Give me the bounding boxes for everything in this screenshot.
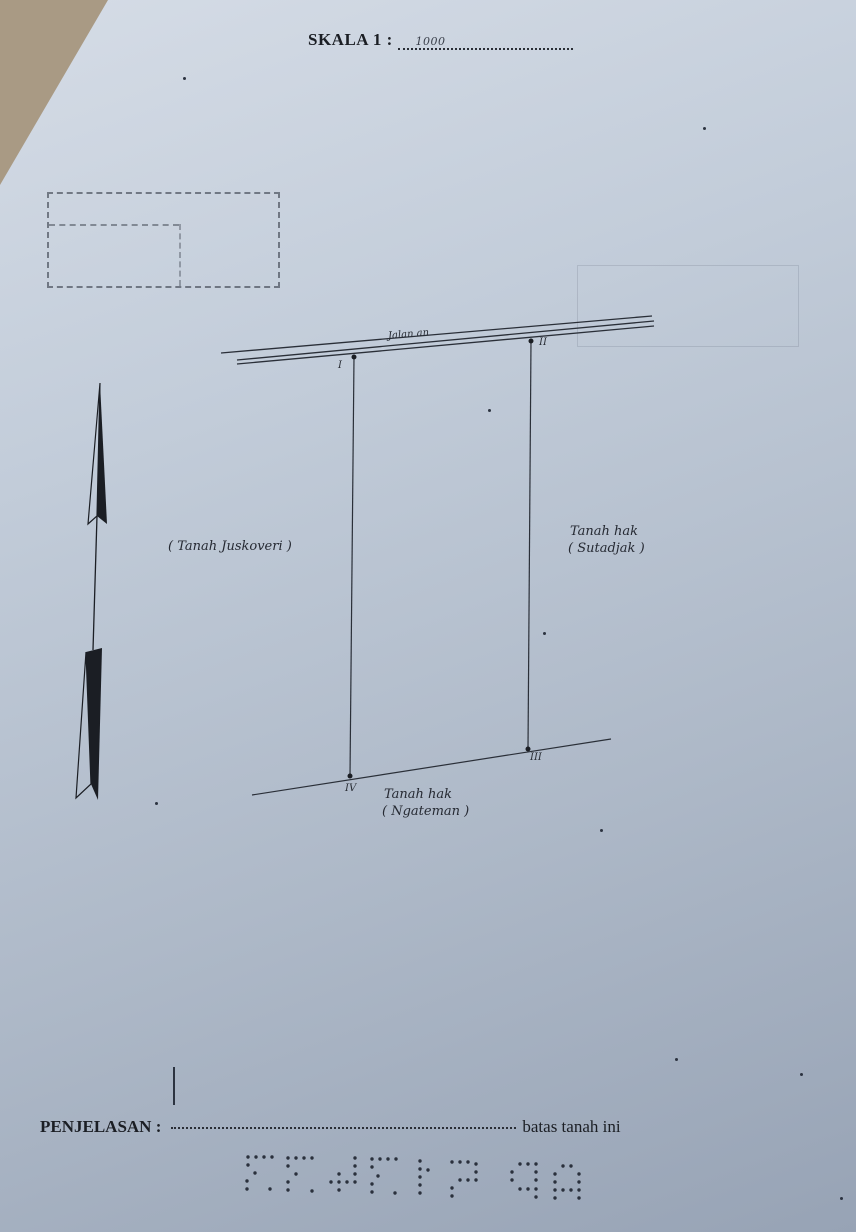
west-boundary-label: ( Tanah Juskoveri ) <box>168 538 292 555</box>
ink-speck <box>703 127 706 130</box>
vertex-label-1: I <box>338 360 342 371</box>
explanation-label: PENJELASAN : <box>40 1117 161 1136</box>
ink-speck <box>675 1058 678 1061</box>
vertex-points <box>348 339 534 779</box>
south-boundary-label: Tanah hak ( Ngateman ) <box>382 786 469 820</box>
ink-speck <box>543 632 546 635</box>
ink-speck <box>488 409 491 412</box>
ink-speck <box>840 1197 843 1200</box>
ink-speck <box>155 802 158 805</box>
vertex-label-4: IV <box>345 783 356 794</box>
ink-speck <box>183 77 186 80</box>
explanation-suffix: batas tanah ini <box>522 1117 620 1136</box>
south-boundary-line2: ( Ngateman ) <box>382 803 469 820</box>
road-label: Jalan an <box>387 324 429 345</box>
vertex-label-3: III <box>530 752 542 763</box>
road-lines <box>221 316 654 364</box>
south-boundary-line1: Tanah hak <box>382 786 469 803</box>
explanation-row: PENJELASAN :batas tanah ini <box>40 1117 621 1137</box>
north-arrow-icon <box>76 383 107 800</box>
east-boundary-line1: Tanah hak <box>568 523 645 540</box>
survey-drawing <box>0 0 856 1232</box>
ink-speck <box>600 829 603 832</box>
explanation-blank <box>171 1127 516 1129</box>
parcel-boundary <box>252 341 611 795</box>
vertex-label-2: II <box>539 337 547 348</box>
east-boundary-line2: ( Sutadjak ) <box>568 540 645 557</box>
pencil-mark <box>173 1067 175 1105</box>
ink-speck <box>800 1073 803 1076</box>
east-boundary-label: Tanah hak ( Sutadjak ) <box>568 523 645 557</box>
perforation-stamp <box>240 1152 600 1202</box>
